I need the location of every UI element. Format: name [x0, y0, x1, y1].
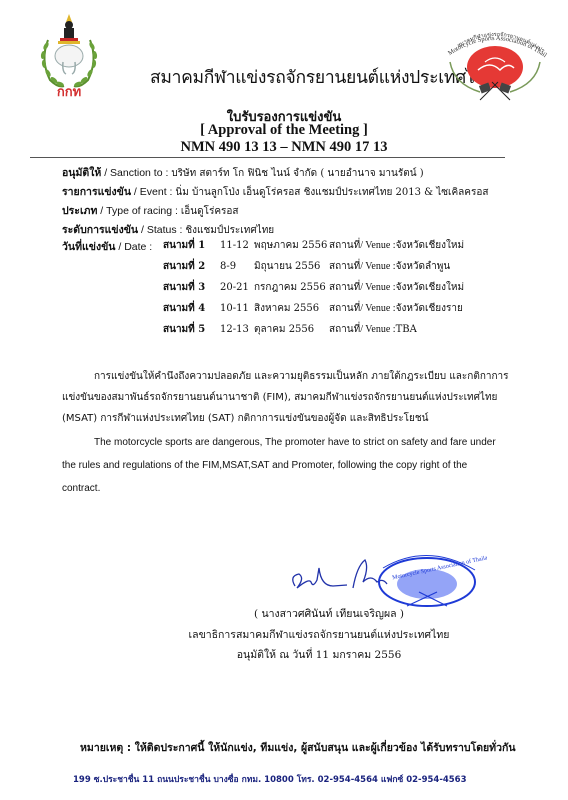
type-value: เอ็นดูโร่ครอส — [181, 206, 239, 217]
schedule-round: สนามที่ 512-13ตุลาคม 2556สถานที่ / Venue… — [163, 322, 417, 337]
status-value: ชิงแชมป์ประเทศไทย — [185, 225, 274, 236]
round-field: สนามที่ 1 — [163, 238, 220, 253]
document-title-en: [ Approval of the Meeting ] — [0, 122, 568, 139]
svg-text:กกท: กกท — [57, 85, 81, 98]
type-label-en: / Type of racing : — [97, 205, 180, 217]
sanction-row: อนุมัติให้ / Sanction to : บริษัท สตาร์ท… — [62, 164, 424, 181]
date-label-th: วันที่แข่งขัน — [62, 241, 115, 253]
type-row: ประเภท / Type of racing : เอ็นดูโร่ครอส — [62, 202, 239, 219]
footer-address: 199 ซ.ประชาชื่น 11 ถนนประชาชื่น บางซื่อ … — [73, 772, 467, 786]
venue-label-en: / Venue : — [360, 303, 395, 314]
status-row: ระดับการแข่งขัน / Status : ชิงแชมป์ประเท… — [62, 221, 274, 238]
body-en-line-2: the rules and regulations of the FIM,MSA… — [62, 454, 542, 477]
body-en-line-3: contract. — [62, 477, 542, 500]
round-field: สนามที่ 2 — [163, 259, 220, 274]
body-th-line-3: (MSAT) การกีฬาแห่งประเทศไทย (SAT) กติกาก… — [62, 408, 532, 429]
sanction-value: บริษัท สตาร์ท โก ฟินิช ไนน์ จำกัด ( นายอ… — [171, 168, 423, 179]
venue-label-en: / Venue : — [360, 240, 395, 251]
signature-block: Motorcycle Sports Association of Thailan… — [287, 548, 487, 608]
schedule-round: สนามที่ 320-21กรกฎาคม 2556สถานที่ / Venu… — [163, 280, 464, 295]
venue-label-th: สถานที่ — [329, 238, 360, 253]
body-en-line-1: The motorcycle sports are dangerous, The… — [62, 431, 542, 454]
venue-label-th: สถานที่ — [329, 280, 360, 295]
schedule-round: สนามที่ 28-9มิถุนายน 2556สถานที่ / Venue… — [163, 259, 450, 274]
sanction-label-en: / Sanction to : — [101, 167, 171, 179]
venue-label-th: สถานที่ — [329, 301, 360, 316]
round-venue: TBA — [396, 324, 417, 335]
body-th: การแข่งขันให้คำนึงถึงความปลอดภัย และความ… — [62, 366, 532, 429]
sat-logo-icon: กกท — [38, 10, 100, 98]
official-stamp-icon: Motorcycle Sports Association of Thailan… — [379, 553, 487, 606]
type-label-th: ประเภท — [62, 205, 97, 217]
round-month: สิงหาคม 2556 — [254, 301, 329, 316]
round-venue: จังหวัดเชียงราย — [396, 301, 463, 316]
date-label: วันที่แข่งขัน / Date : — [62, 238, 152, 255]
approval-date: อนุมัติให้ ณ วันที่ 11 มกราคม 2556 — [0, 646, 568, 663]
round-field: สนามที่ 3 — [163, 280, 220, 295]
round-month: มิถุนายน 2556 — [254, 259, 329, 274]
event-label-en: / Event : — [131, 186, 175, 198]
round-days: 12-13 — [220, 324, 254, 335]
round-days: 11-12 — [220, 240, 254, 251]
round-field: สนามที่ 5 — [163, 322, 220, 337]
title-divider — [30, 157, 505, 158]
round-venue: จังหวัดเชียงใหม่ — [396, 238, 464, 253]
sat-logo: กกท — [38, 10, 100, 98]
status-label-en: / Status : — [138, 224, 185, 236]
round-month: พฤษภาคม 2556 — [254, 238, 329, 253]
body-en: The motorcycle sports are dangerous, The… — [62, 431, 542, 500]
round-month: กรกฎาคม 2556 — [254, 280, 329, 295]
venue-label-th: สถานที่ — [329, 322, 360, 337]
status-label-th: ระดับการแข่งขัน — [62, 224, 138, 236]
venue-label-en: / Venue : — [360, 261, 395, 272]
round-month: ตุลาคม 2556 — [254, 322, 329, 337]
note: หมายเหตุ : ให้ติดประกาศนี้ ให้นักแข่ง, ท… — [80, 739, 516, 756]
venue-label-en: / Venue : — [360, 324, 395, 335]
round-venue: จังหวัดลำพูน — [396, 259, 451, 274]
signatory-position: เลขาธิการสมาคมกีฬาแข่งรถจักรยานยนต์แห่งป… — [0, 626, 568, 643]
msat-logo-icon: สมาคมกีฬาแข่งรถจักรยานยนต์แห่งประเทศไทย … — [440, 12, 550, 102]
schedule-round: สนามที่ 111-12พฤษภาคม 2556สถานที่ / Venu… — [163, 238, 464, 253]
msat-logo: สมาคมกีฬาแข่งรถจักรยานยนต์แห่งประเทศไทย … — [440, 12, 550, 102]
signatory-name: ( นางสาวศศินันท์ เทียนเจริญผล ) — [0, 605, 568, 622]
event-value: นิ่ม บ้านลูกโป่ง เอ็นดูโร่ครอส ชิงแชมป์ป… — [175, 187, 488, 198]
venue-label-en: / Venue : — [360, 282, 395, 293]
event-label-th: รายการแข่งขัน — [62, 186, 131, 198]
signature-icon: Motorcycle Sports Association of Thailan… — [287, 548, 487, 608]
sanction-label-th: อนุมัติให้ — [62, 167, 101, 179]
round-venue: จังหวัดเชียงใหม่ — [396, 280, 464, 295]
round-days: 8-9 — [220, 261, 254, 272]
body-th-line-1: การแข่งขันให้คำนึงถึงความปลอดภัย และความ… — [62, 366, 532, 387]
event-row: รายการแข่งขัน / Event : นิ่ม บ้านลูกโป่ง… — [62, 183, 488, 200]
round-days: 20-21 — [220, 282, 254, 293]
body-th-line-2: แข่งขันของสมาพันธ์รถจักรยานยนต์นานาชาติ … — [62, 387, 532, 408]
venue-label-th: สถานที่ — [329, 259, 360, 274]
round-days: 10-11 — [220, 303, 254, 314]
permit-number-range: NMN 490 13 13 – NMN 490 17 13 — [0, 139, 568, 156]
round-field: สนามที่ 4 — [163, 301, 220, 316]
date-label-en: / Date : — [115, 241, 152, 253]
schedule-round: สนามที่ 410-11สิงหาคม 2556สถานที่ / Venu… — [163, 301, 463, 316]
